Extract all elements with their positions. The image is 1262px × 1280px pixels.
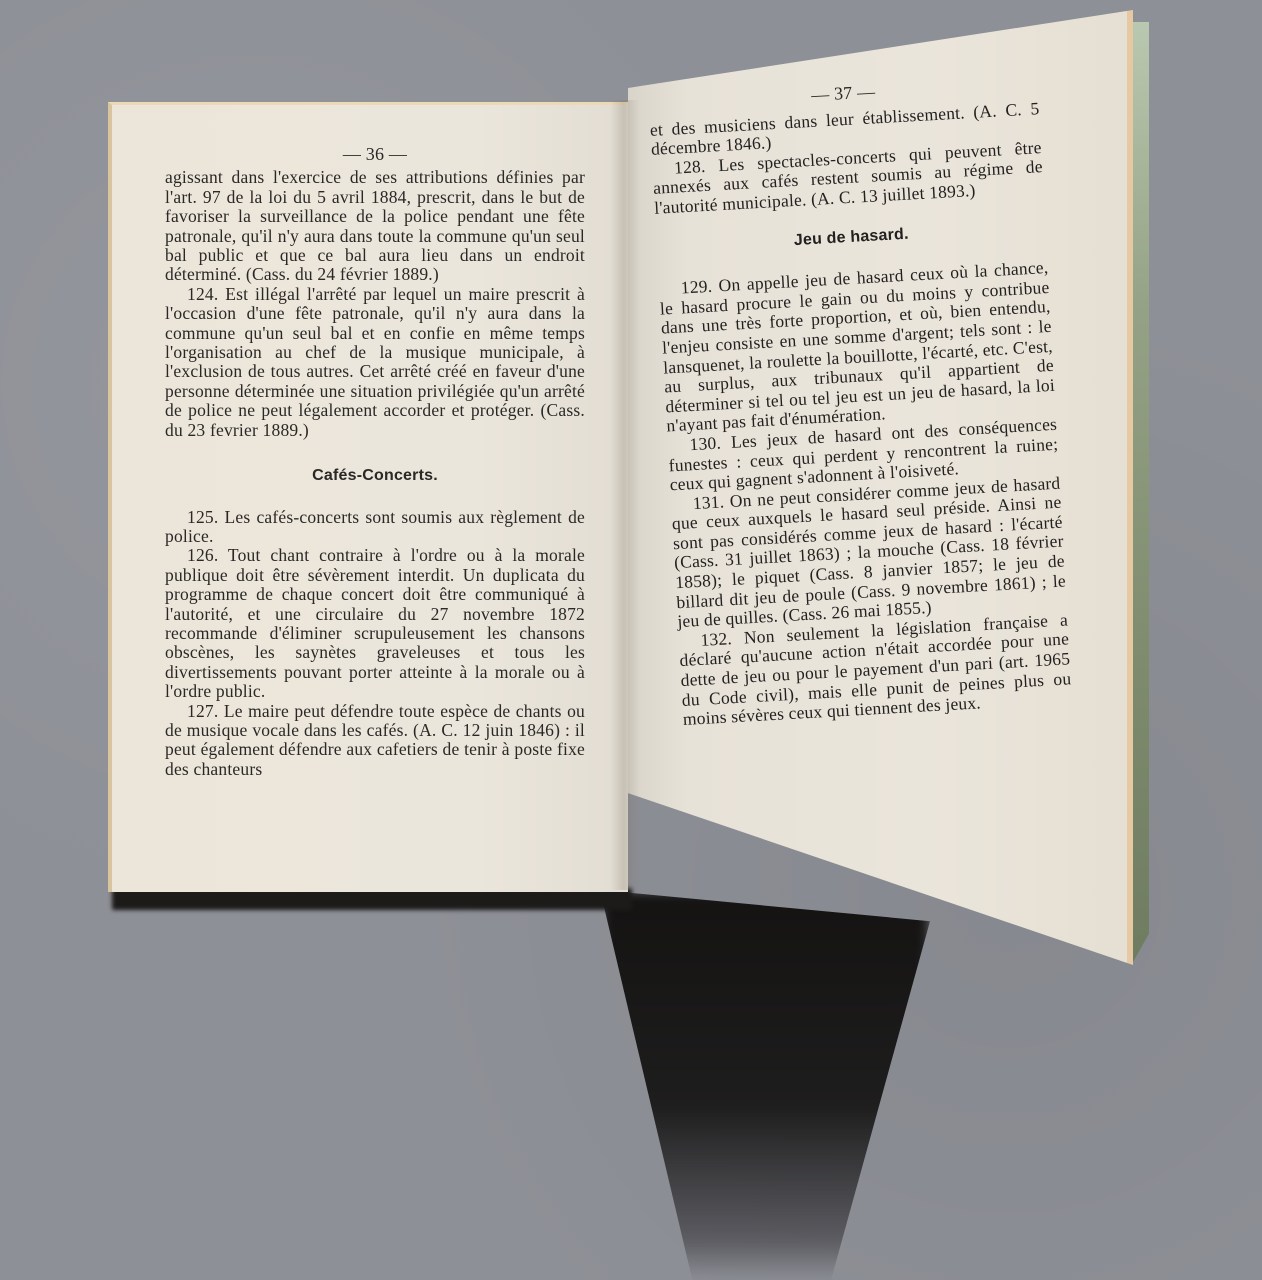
paragraph-126: 126. Tout chant contraire à l'ordre ou à… bbox=[165, 546, 585, 701]
book-gutter bbox=[610, 100, 640, 890]
paragraph-125: 125. Les cafés-concerts sont soumis aux … bbox=[165, 508, 585, 547]
right-page-text: — 37 — et des musiciens dans leur établi… bbox=[648, 73, 1073, 730]
section-heading-jeu-de-hasard: Jeu de hasard. bbox=[656, 217, 1046, 258]
left-page-text: — 36 — agissant dans l'exercice de ses a… bbox=[165, 145, 585, 779]
paragraph-129: 129. On appelle jeu de hasard ceux où la… bbox=[658, 258, 1056, 436]
paragraph-124: 124. Est illégal l'arrêté par lequel un … bbox=[165, 285, 585, 440]
book-shadow bbox=[600, 890, 930, 1280]
page-number: — 36 — bbox=[165, 145, 585, 164]
green-cover-edge bbox=[1133, 22, 1149, 962]
paragraph-131: 131. On ne peut considérer comme jeux de… bbox=[670, 473, 1067, 632]
section-heading-cafes-concerts: Cafés-Concerts. bbox=[165, 466, 585, 485]
continuation-paragraph: agissant dans l'exercice de ses attribut… bbox=[165, 168, 585, 284]
paragraph-127: 127. Le maire peut défendre toute espèce… bbox=[165, 702, 585, 780]
